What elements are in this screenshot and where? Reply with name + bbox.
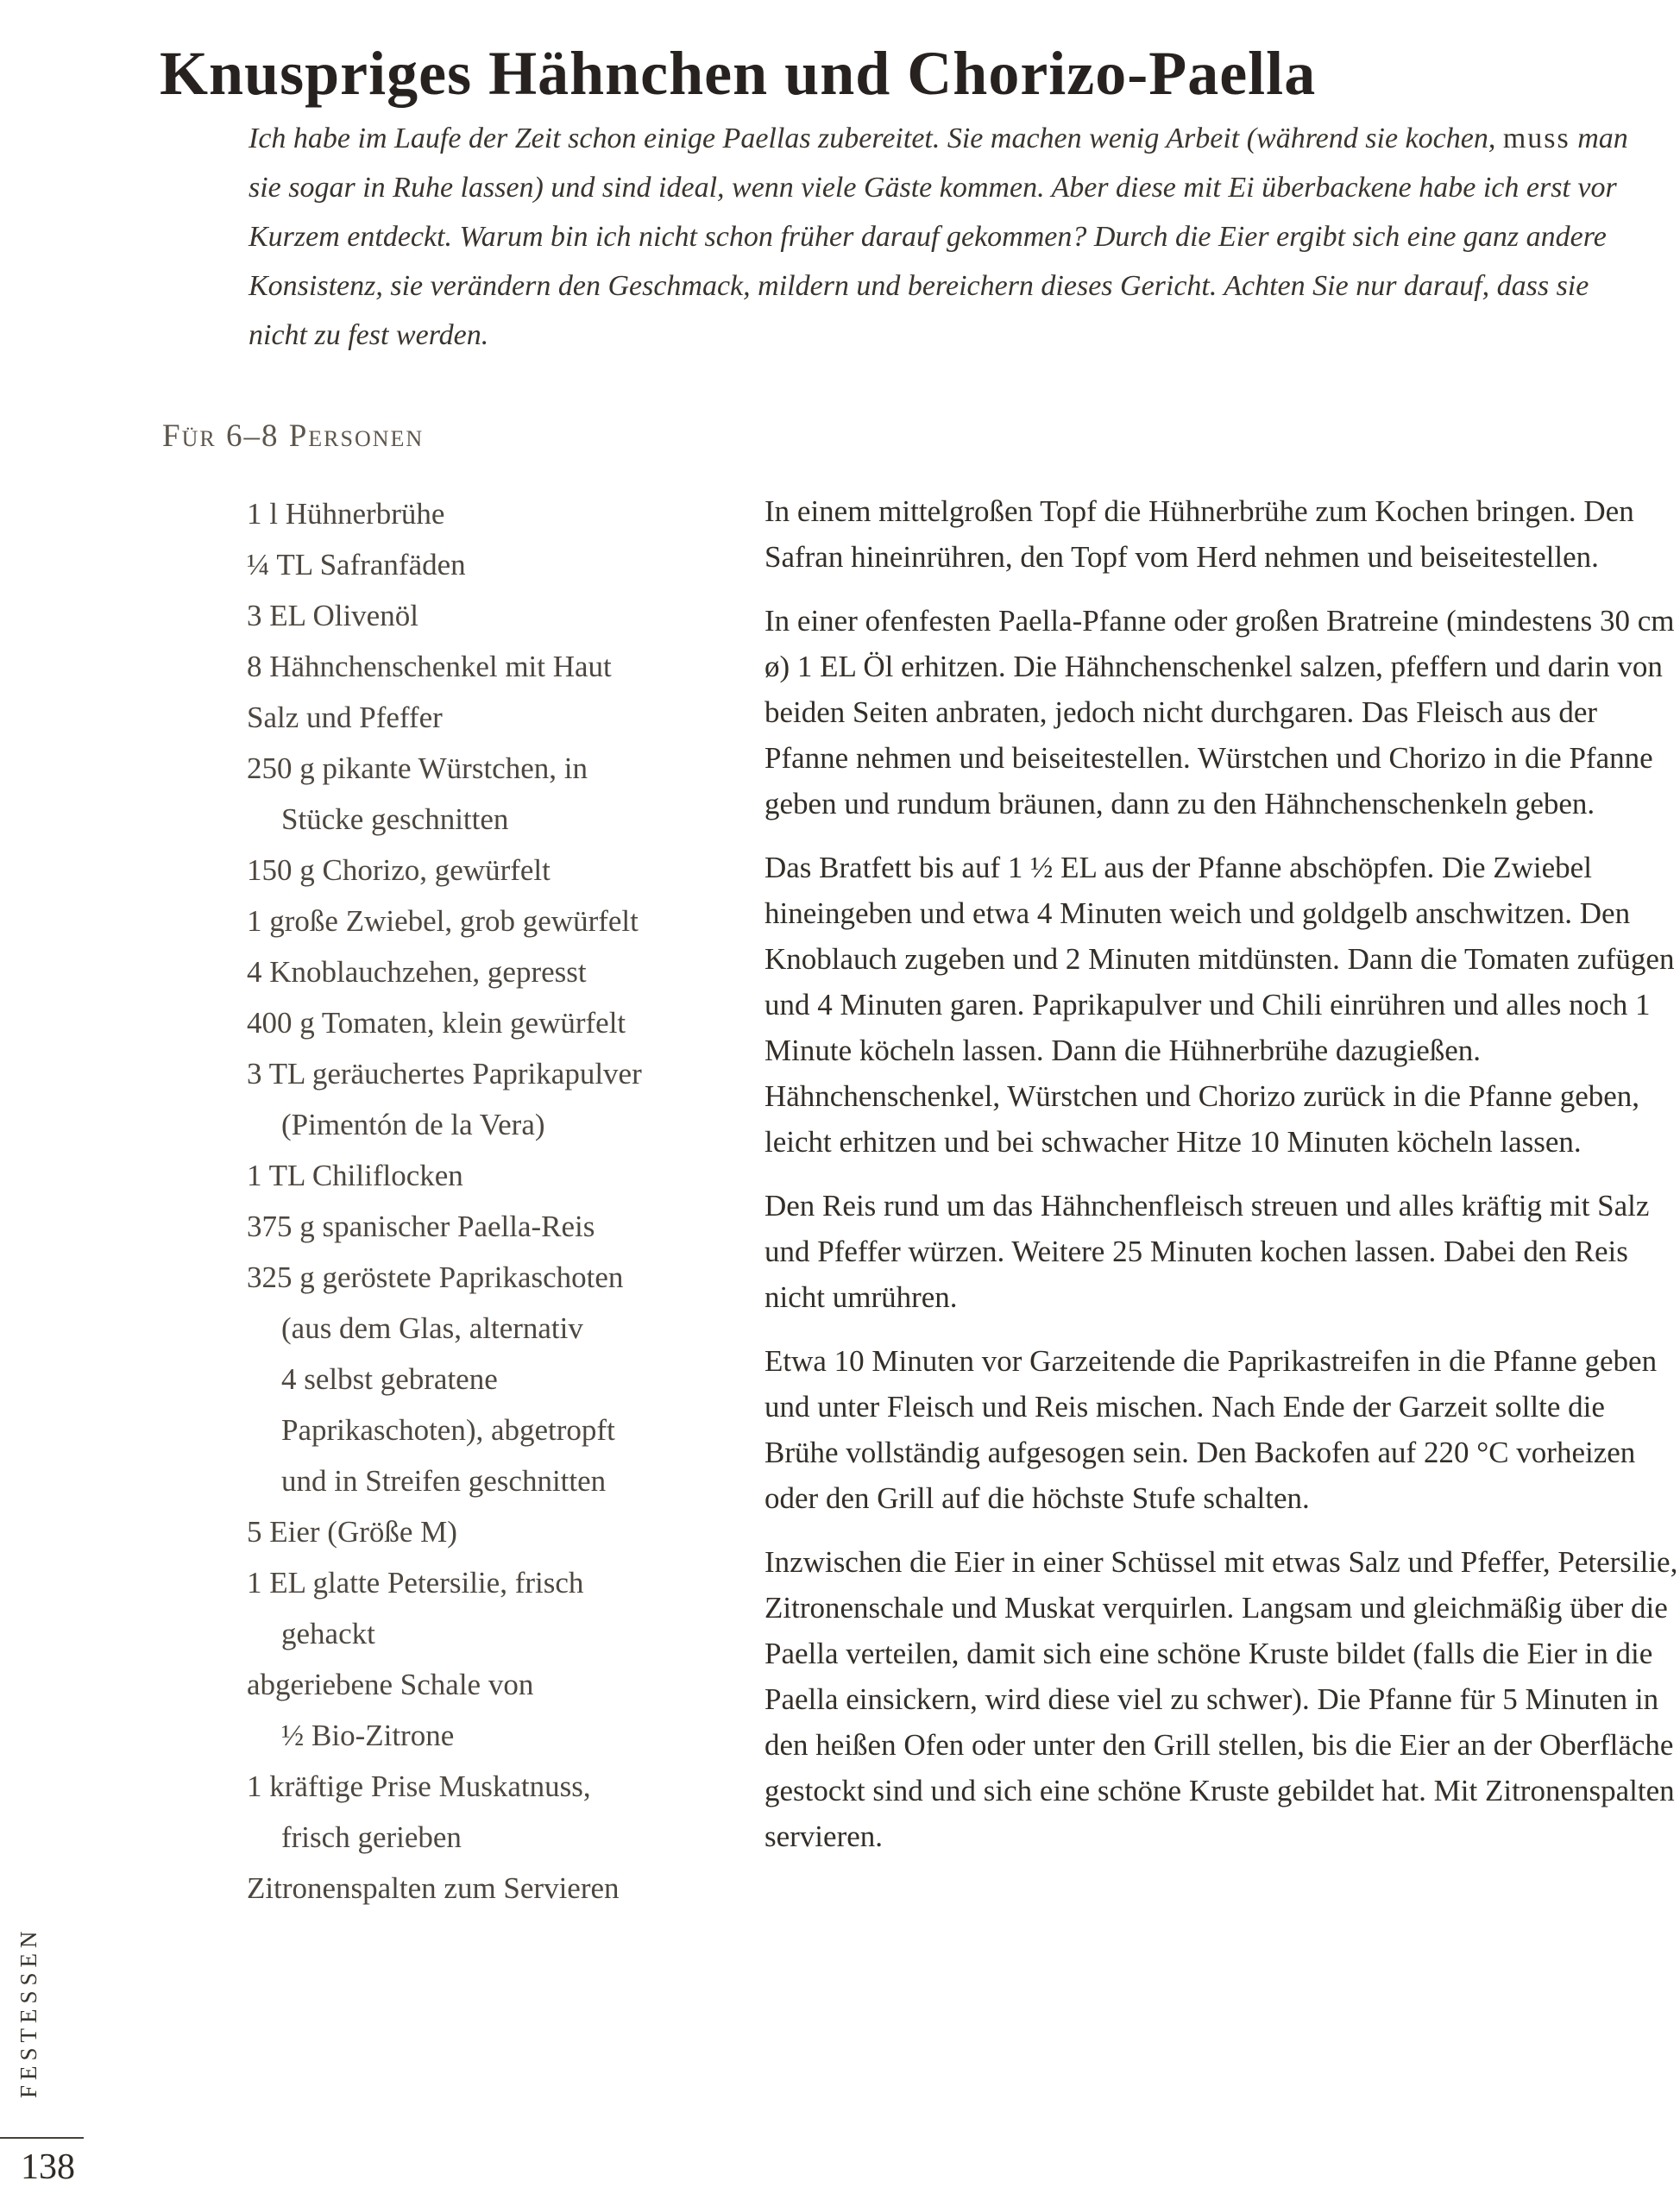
ingredient-line: Stücke geschnitten: [247, 794, 756, 845]
ingredient-line: 1 EL glatte Petersilie, frisch: [247, 1557, 756, 1608]
ingredient-line: ½ Bio-Zitrone: [247, 1710, 756, 1761]
ingredient-line: 150 g Chorizo, gewürfelt: [247, 845, 756, 896]
ingredient-line: 325 g geröstete Paprikaschoten: [247, 1252, 756, 1303]
intro-line: nicht zu fest werden.: [249, 311, 1628, 360]
cookbook-page: Knuspriges Hähnchen und Chorizo-Paella I…: [0, 0, 1680, 2200]
ingredient-line: 250 g pikante Würstchen, in: [247, 743, 756, 794]
ingredient-line: (aus dem Glas, alternativ: [247, 1303, 756, 1354]
instruction-paragraph: In einem mittelgroßen Topf die Hühnerbrü…: [764, 488, 1680, 580]
ingredient-line: gehackt: [247, 1608, 756, 1659]
intro-line: Konsistenz, sie verändern den Geschmack,…: [249, 261, 1628, 311]
ingredient-line: Zitronenspalten zum Servieren: [247, 1863, 756, 1914]
ingredient-line: (Pimentón de la Vera): [247, 1099, 756, 1150]
ingredient-line: 1 l Hühnerbrühe: [247, 488, 756, 539]
ingredient-line: frisch gerieben: [247, 1812, 756, 1863]
recipe-title: Knuspriges Hähnchen und Chorizo-Paella: [160, 38, 1316, 110]
intro-paragraph: Ich habe im Laufe der Zeit schon einige …: [249, 114, 1628, 360]
ingredient-line: 400 g Tomaten, klein gewürfelt: [247, 997, 756, 1048]
ingredient-line: 1 kräftige Prise Muskatnuss,: [247, 1761, 756, 1812]
instruction-paragraph: Den Reis rund um das Hähnchenfleisch str…: [764, 1183, 1680, 1320]
ingredient-line: 375 g spanischer Paella-Reis: [247, 1201, 756, 1252]
ingredient-line: abgeriebene Schale von: [247, 1659, 756, 1710]
intro-line: Kurzem entdeckt. Warum bin ich nicht sch…: [249, 212, 1628, 261]
instructions: In einem mittelgroßen Topf die Hühnerbrü…: [764, 488, 1680, 1877]
intro-text-segment: nicht zu fest werden.: [249, 319, 488, 351]
instruction-paragraph: In einer ofenfesten Paella-Pfanne oder g…: [764, 598, 1680, 827]
intro-text-segment: muss: [1503, 123, 1570, 154]
servings-heading: Für 6–8 Personen: [162, 418, 424, 455]
ingredient-line: 3 TL geräuchertes Paprikapulver: [247, 1048, 756, 1099]
ingredient-line: 3 EL Olivenöl: [247, 590, 756, 641]
intro-line: Ich habe im Laufe der Zeit schon einige …: [249, 114, 1628, 163]
chapter-label: FESTESSEN: [16, 1917, 42, 2098]
instruction-paragraph: Etwa 10 Minuten vor Garzeitende die Papr…: [764, 1338, 1680, 1521]
ingredients-list: 1 l Hühnerbrühe¼ TL Safranfäden3 EL Oliv…: [247, 488, 756, 1914]
instruction-paragraph: Das Bratfett bis auf 1 ½ EL aus der Pfan…: [764, 845, 1680, 1165]
intro-text-segment: sie sogar in Ruhe lassen) und sind ideal…: [249, 172, 1617, 204]
intro-text-segment: Ich habe im Laufe der Zeit schon einige …: [249, 123, 1503, 154]
ingredient-line: 1 TL Chiliflocken: [247, 1150, 756, 1201]
instruction-paragraph: Inzwischen die Eier in einer Schüssel mi…: [764, 1539, 1680, 1859]
ingredient-line: und in Streifen geschnitten: [247, 1455, 756, 1506]
ingredient-line: 5 Eier (Größe M): [247, 1506, 756, 1557]
intro-text-segment: Kurzem entdeckt. Warum bin ich nicht sch…: [249, 221, 1607, 253]
footer-rule: [0, 2137, 84, 2139]
ingredient-line: Paprikaschoten), abgetropft: [247, 1405, 756, 1455]
ingredient-line: Salz und Pfeffer: [247, 692, 756, 743]
ingredient-line: 4 selbst gebratene: [247, 1354, 756, 1405]
intro-text-segment: Konsistenz, sie verändern den Geschmack,…: [249, 270, 1589, 302]
ingredient-line: 8 Hähnchenschenkel mit Haut: [247, 641, 756, 692]
ingredient-line: 1 große Zwiebel, grob gewürfelt: [247, 896, 756, 946]
ingredient-line: ¼ TL Safranfäden: [247, 539, 756, 590]
intro-line: sie sogar in Ruhe lassen) und sind ideal…: [249, 163, 1628, 212]
ingredient-line: 4 Knoblauchzehen, gepresst: [247, 946, 756, 997]
intro-text-segment: man: [1570, 123, 1628, 154]
page-number: 138: [21, 2147, 75, 2188]
